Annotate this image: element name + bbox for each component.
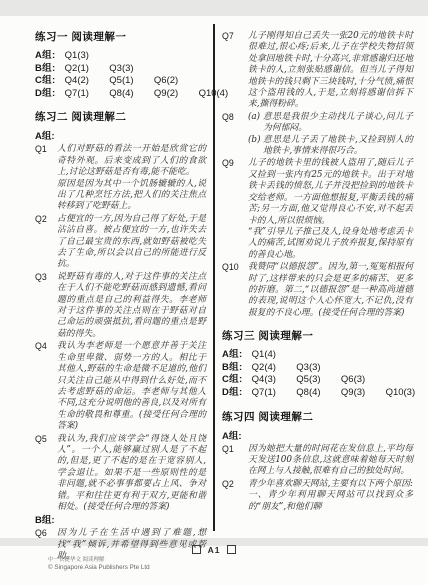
answer-value: Q8(4) [296, 387, 333, 400]
answer-text: 说野菇有毒的人,对于这件事的关注点在于人们不能吃野菇而感到遗憾,看问题的重点是自… [57, 272, 206, 340]
answer-value: Q4(2) [65, 75, 102, 88]
question-label: Q5 [35, 434, 57, 514]
answer-paragraph: 儿子的地铁卡里的钱被人盗用了,随后儿子又捡到一张内有25元的地铁卡。出于对地铁卡… [248, 158, 413, 226]
answer-paragraph: 青少年喜欢聊天网站,主要有以下两个原因:一、青少年利用聊天网站可以找到众多的“朋… [248, 479, 413, 513]
group-label: A组: [222, 349, 249, 362]
question-label: Q4 [35, 341, 57, 432]
answer-text: 人们对野菇的看法一开始是欣赏它的奇特外观。后来变成到了人们的食欲上,讨论这野菇是… [57, 144, 206, 212]
sub-answer-label: (b) [248, 135, 263, 158]
question-label: Q3 [35, 272, 57, 340]
answer-text: 因为她把大量的时间花在发信息上,平均每天发送100条信息,这就意味着她每天时刻在… [248, 444, 413, 478]
question-label: Q9 [222, 158, 248, 261]
exercise-three-section: 练习三 阅读理解一 A组: Q1(4) B组: Q2(4) Q3(3) C组: … [222, 330, 413, 399]
question-label: Q7 [222, 31, 248, 111]
answer-value: Q9(2) [154, 88, 191, 101]
answer-key-row: A组: Q1(4) [222, 349, 413, 362]
question-label: Q10 [222, 262, 248, 319]
answer-paragraph: 原因是因为其中一个饥肠辘辘的人,说出了几种烹饪方法,把人们的关注焦点转移到了吃野… [57, 179, 206, 213]
question-item: Q4 我认为李老师是一个愿意并善于关注生命里卑微、弱势一方的人。相比于其他人,野… [35, 341, 206, 432]
right-column: Q7 儿子刚得知自己丢失一张20元的地铁卡时很难过,很心疼;后来,儿子在学校失物… [222, 31, 413, 514]
answer-text: 儿子刚得知自己丢失一张20元的地铁卡时很难过,很心疼;后来,儿子在学校失物招领处… [248, 31, 413, 111]
question-item: Q1 人们对野菇的看法一开始是欣赏它的奇特外观。后来变成到了人们的食欲上,讨论这… [35, 144, 206, 212]
question-label: Q1 [35, 144, 57, 212]
answer-key-row: C组: Q4(3) Q5(3) Q6(3) [222, 374, 413, 387]
answer-value: Q2(1) [65, 63, 102, 76]
answer-value: Q1(4) [252, 349, 289, 362]
answer-text: 青少年喜欢聊天网站,主要有以下两个原因:一、青少年利用聊天网站可以找到众多的“朋… [248, 479, 413, 513]
group-label: C组: [222, 374, 249, 387]
question-item: Q7 儿子刚得知自己丢失一张20元的地铁卡时很难过,很心疼;后来,儿子在学校失物… [222, 31, 413, 111]
exercise-title: 练习一 阅读理解一 [35, 31, 206, 44]
answer-value: Q1(3) [65, 50, 102, 63]
answer-text: 儿子的地铁卡里的钱被人盗用了,随后儿子又捡到一张内有25元的地铁卡。出于对地铁卡… [248, 158, 413, 261]
group-label: B组: [222, 362, 249, 375]
answer-paragraph: 人们对野菇的看法一开始是欣赏它的奇特外观。后来变成到了人们的食欲上,讨论这野菇是… [57, 144, 206, 178]
question-label: Q2 [35, 214, 57, 271]
question-item: Q5 我认为,我们应该学会“得饶人处且饶人”。一个人,能够赢过别人是了不起的,但… [35, 434, 206, 514]
answer-value: Q5(3) [296, 374, 333, 387]
answer-text: 我赞同“以德报怨”。因为,第一,冤冤相报何时了,这样带来的只会是更多的痛苦、更多… [248, 262, 413, 319]
footer-imprint: 中一快捷华文 阅读理解 © Singapore Asia Publishers … [48, 557, 150, 572]
answer-value: Q2(4) [252, 362, 289, 375]
question-item: Q9 儿子的地铁卡里的钱被人盗用了,随后儿子又捡到一张内有25元的地铁卡。出于对… [222, 158, 413, 261]
answer-value: Q6(3) [341, 374, 378, 387]
answer-value: Q3(3) [109, 63, 146, 76]
exercise-title: 练习二 阅读理解二 [35, 111, 206, 124]
question-label: Q2 [222, 479, 248, 513]
answer-paragraph: 意思是儿子丢了地铁卡,又捡到别人的地铁卡,事情来得很巧合。 [263, 135, 413, 158]
copyright-notice: © Singapore Asia Publishers Pte Ltd [48, 564, 150, 572]
answer-paragraph: 我赞同“以德报怨”。因为,第一,冤冤相报何时了,这样带来的只会是更多的痛苦、更多… [248, 262, 413, 319]
page-marker-icon [192, 545, 201, 554]
group-label: A组: [222, 430, 413, 443]
answer-text: 我认为,我们应该学会“得饶人处且饶人”。一个人,能够赢过别人是了不起的,但是,更… [57, 434, 206, 514]
exercise-title: 练习三 阅读理解一 [222, 330, 413, 343]
group-label: A组: [35, 50, 62, 63]
question-item: Q2 青少年喜欢聊天网站,主要有以下两个原因:一、青少年利用聊天网站可以找到众多… [222, 479, 413, 513]
exercise-one-section: 练习一 阅读理解一 A组: Q1(3) B组: Q2(1) Q3(3) C组: … [35, 31, 206, 100]
answer-key-row: C组: Q4(2) Q5(1) Q6(2) [35, 75, 206, 88]
sub-answer: (b) 意思是儿子丢了地铁卡,又捡到别人的地铁卡,事情来得很巧合。 [248, 135, 413, 158]
answer-paragraph: 说野菇有毒的人,对于这件事的关注点在于人们不能吃野菇而感到遗憾,看问题的重点是自… [57, 272, 206, 340]
question-item: Q3 说野菇有毒的人,对于这件事的关注点在于人们不能吃野菇而感到遗憾,看问题的重… [35, 272, 206, 340]
answer-paragraph: 我认为,我们应该学会“得饶人处且饶人”。一个人,能够赢过别人是了不起的,但是,更… [57, 434, 206, 514]
answer-value: Q5(1) [109, 75, 146, 88]
question-item: Q1 因为她把大量的时间花在发信息上,平均每天发送100条信息,这就意味着她每天… [222, 444, 413, 478]
question-label: Q8 [222, 112, 248, 158]
group-label: C组: [35, 75, 62, 88]
answer-text: 占便宜的一方,因为自己得了好处,于是沾沾自喜。被占便宜的一方,也许失去了自己最宝… [57, 214, 206, 271]
answer-paragraph: 意思是我很少主动找儿子谈心,问儿子为何郁闷。 [263, 112, 413, 135]
exercise-two-section: 练习二 阅读理解二 A组: Q1 人们对野菇的看法一开始是欣赏它的奇特外观。后来… [35, 111, 206, 562]
answer-value: Q7(1) [252, 387, 289, 400]
answer-key-row: D组: Q7(1) Q8(4) Q9(3) Q10(3) [222, 387, 413, 400]
question-label: Q1 [222, 444, 248, 478]
page-top-band [0, 0, 428, 16]
page-marker-icon [227, 545, 236, 554]
sub-answer: (a) 意思是我很少主动找儿子谈心,问儿子为何郁闷。 [248, 112, 413, 135]
answer-key-row: B组: Q2(4) Q3(3) [222, 362, 413, 375]
answer-key-row: A组: Q1(3) [35, 50, 206, 63]
sub-answer-label: (a) [248, 112, 263, 135]
answer-paragraph: 因为她把大量的时间花在发信息上,平均每天发送100条信息,这就意味着她每天时刻在… [248, 444, 413, 478]
answer-paragraph: 我认为李老师是一个愿意并善于关注生命里卑微、弱势一方的人。相比于其他人,野菇的生… [57, 341, 206, 432]
group-label: B组: [35, 63, 62, 76]
answer-value: Q4(3) [252, 374, 289, 387]
answer-value: Q7(1) [65, 88, 102, 101]
answer-value: Q8(4) [109, 88, 146, 101]
document-page: { "exercise1": { "title": "练习一 阅读理解一", "… [0, 0, 428, 585]
question-item: Q2 占便宜的一方,因为自己得了好处,于是沾沾自喜。被占便宜的一方,也许失去了自… [35, 214, 206, 271]
question-item: Q10 我赞同“以德报怨”。因为,第一,冤冤相报何时了,这样带来的只会是更多的痛… [222, 262, 413, 319]
answer-key-row: B组: Q2(1) Q3(3) [35, 63, 206, 76]
exercise-four-section: 练习四 阅读理解二 A组: Q1 因为她把大量的时间花在发信息上,平均每天发送1… [222, 411, 413, 513]
answer-value: Q9(3) [341, 387, 378, 400]
question-item: Q8 (a) 意思是我很少主动找儿子谈心,问儿子为何郁闷。 (b) 意思是儿子丢… [222, 112, 413, 158]
answer-value: Q10(3) [386, 387, 423, 400]
answer-paragraph: 儿子刚得知自己丢失一张20元的地铁卡时很难过,很心疼;后来,儿子在学校失物招领处… [248, 31, 413, 111]
answer-value: Q6(2) [154, 75, 191, 88]
exercise-title: 练习四 阅读理解二 [222, 411, 413, 424]
answer-text: 我认为李老师是一个愿意并善于关注生命里卑微、弱势一方的人。相比于其他人,野菇的生… [57, 341, 206, 432]
footer-page-number: A1 [0, 545, 428, 555]
group-label: D组: [35, 88, 62, 101]
group-label: A组: [35, 130, 206, 143]
answer-value: Q3(3) [296, 362, 333, 375]
page-number: A1 [208, 545, 221, 555]
answer-paragraph: 占便宜的一方,因为自己得了好处,于是沾沾自喜。被占便宜的一方,也许失去了自己最宝… [57, 214, 206, 271]
group-label: D组: [222, 387, 249, 400]
series-title: 中一快捷华文 阅读理解 [48, 557, 150, 564]
group-label: B组: [35, 514, 206, 527]
answer-paragraph: “我”引导儿子推己及人,设身处地考虑丢卡人的痛苦,试图劝说儿子放弃报复,保持原有… [248, 227, 413, 261]
left-column: 练习一 阅读理解一 A组: Q1(3) B组: Q2(1) Q3(3) C组: … [35, 31, 206, 564]
answer-text: (a) 意思是我很少主动找儿子谈心,问儿子为何郁闷。 (b) 意思是儿子丢了地铁… [248, 112, 413, 158]
answer-key-row: D组: Q7(1) Q8(4) Q9(2) Q10(4) [35, 88, 206, 101]
